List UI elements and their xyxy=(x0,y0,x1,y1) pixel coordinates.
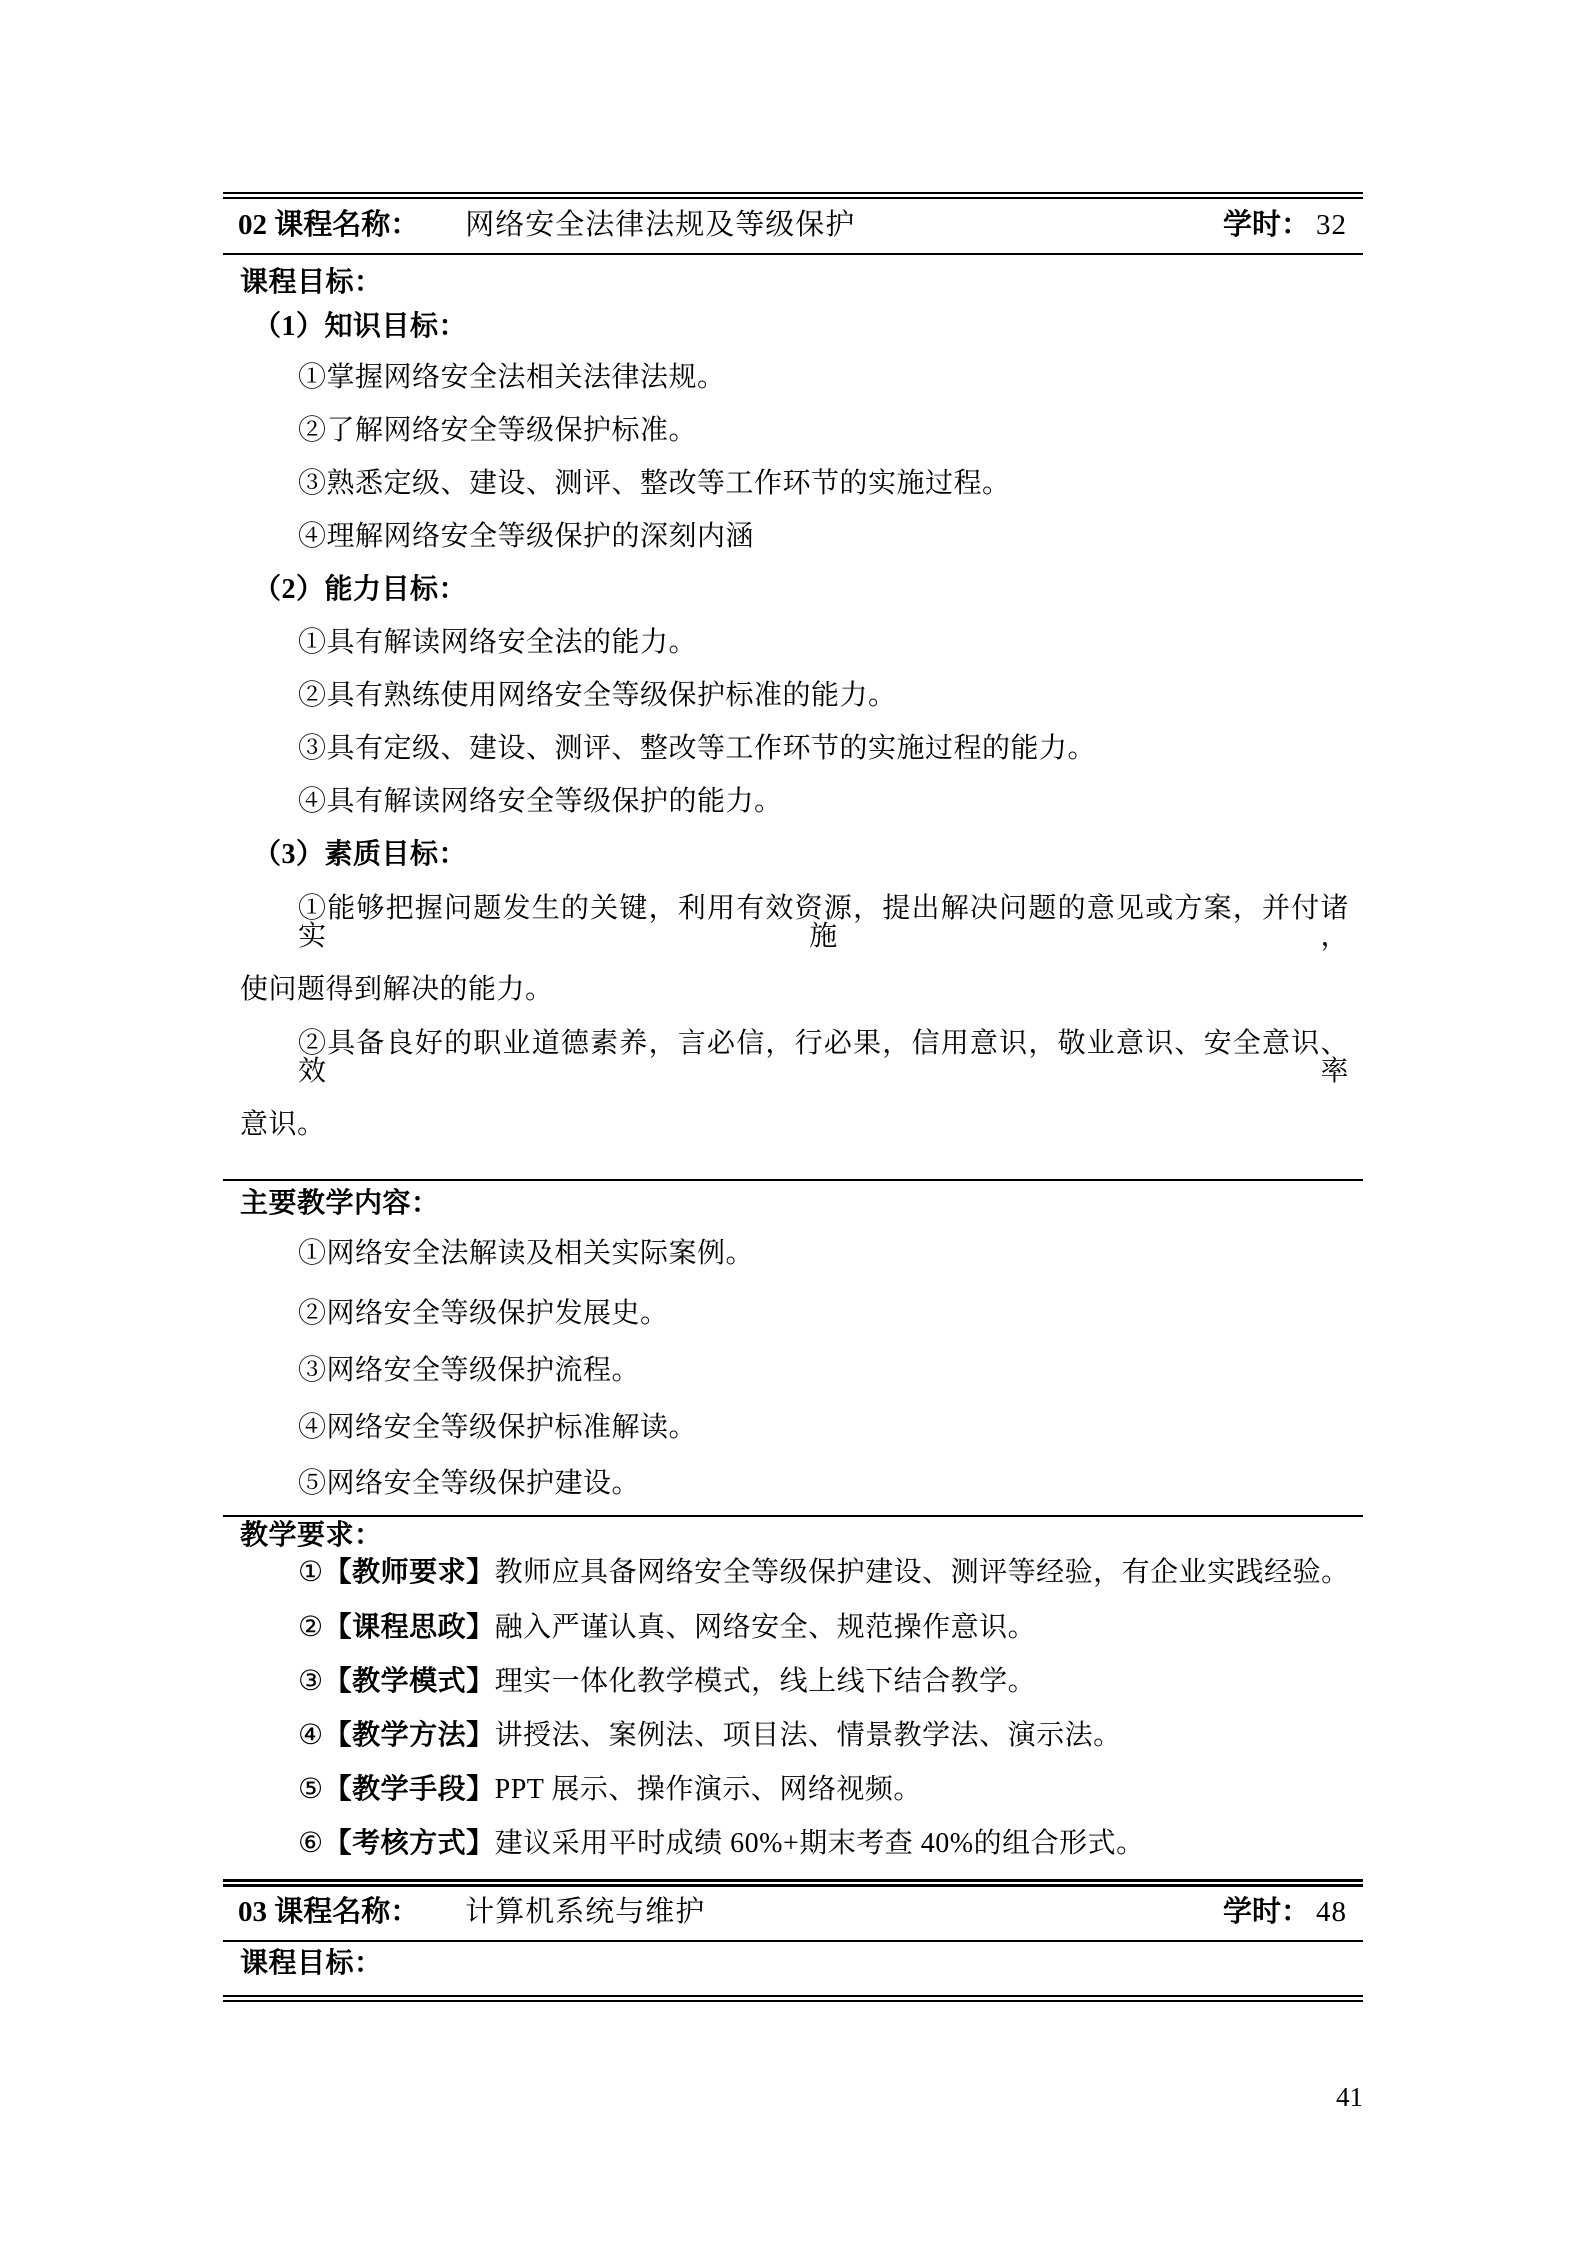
divider-double-top xyxy=(223,1880,1363,1887)
hours-label: 学时： xyxy=(1223,211,1310,240)
knowledge-item: ④理解网络安全等级保护的深刻内涵 xyxy=(298,523,1349,551)
document-page: 02 课程名称： 网络安全法律法规及等级保护 学时： 32 课程目标： （1）知… xyxy=(0,0,1587,2245)
requirement-num: ① xyxy=(298,1557,324,1588)
course-03-block: 03 课程名称： 计算机系统与维护 学时： 48 课程目标： xyxy=(223,1880,1363,2002)
content-item: ④网络安全等级保护标准解读。 xyxy=(298,1414,1349,1442)
knowledge-item: ③熟悉定级、建设、测评、整改等工作环节的实施过程。 xyxy=(298,470,1349,498)
course-02-block: 02 课程名称： 网络安全法律法规及等级保护 学时： 32 课程目标： （1）知… xyxy=(223,192,1363,1886)
ability-item: ③具有定级、建设、测评、整改等工作环节的实施过程的能力。 xyxy=(298,735,1349,763)
requirement-text: 建议采用平时成绩 60%+期末考查 40%的组合形式。 xyxy=(495,1828,1145,1859)
requirement-tag: 【教学模式】 xyxy=(324,1666,495,1697)
divider-double-top xyxy=(223,192,1363,199)
course-02-header-row: 02 课程名称： 网络安全法律法规及等级保护 学时： 32 xyxy=(223,199,1363,253)
requirement-num: ② xyxy=(298,1612,324,1643)
requirement-text: 讲授法、案例法、项目法、情景教学法、演示法。 xyxy=(495,1720,1122,1751)
content-item: ①网络安全法解读及相关实际案例。 xyxy=(298,1240,1349,1268)
quality-item-line: ①能够把握问题发生的关键，利用有效资源，提出解决问题的意见或方案，并付诸实施， xyxy=(298,895,1349,951)
requirement-tag: 【课程思政】 xyxy=(324,1612,495,1643)
requirement-tag: 【教学方法】 xyxy=(324,1720,495,1751)
requirement-num: ④ xyxy=(298,1720,324,1751)
course-03-header-row: 03 课程名称： 计算机系统与维护 学时： 48 xyxy=(223,1887,1363,1940)
divider-double-bottom xyxy=(223,1995,1363,2002)
requirement-text: PPT 展示、操作演示、网络视频。 xyxy=(495,1774,922,1805)
requirement-tag: 【教师要求】 xyxy=(324,1557,495,1588)
requirement-num: ③ xyxy=(298,1666,324,1697)
divider-single xyxy=(223,1515,1363,1517)
ability-item: ①具有解读网络安全法的能力。 xyxy=(298,629,1349,657)
requirement-item: ⑥【考核方式】建议采用平时成绩 60%+期末考查 40%的组合形式。 xyxy=(298,1830,1349,1858)
hours-group: 学时： 32 xyxy=(1223,211,1347,240)
hours-value: 48 xyxy=(1316,1898,1347,1927)
requirement-text: 融入严谨认真、网络安全、规范操作意识。 xyxy=(495,1612,1037,1643)
content-item: ②网络安全等级保护发展史。 xyxy=(298,1300,1349,1328)
requirement-item: ②【课程思政】融入严谨认真、网络安全、规范操作意识。 xyxy=(298,1614,1349,1642)
hours-group: 学时： 48 xyxy=(1223,1898,1347,1927)
course-goals-section: 课程目标： xyxy=(223,1950,1363,1978)
requirement-text: 理实一体化教学模式，线上线下结合教学。 xyxy=(495,1666,1037,1697)
teaching-requirements-section: 教学要求： ①【教师要求】教师应具备网络安全等级保护建设、测评等经验，有企业实践… xyxy=(223,1522,1363,1858)
teaching-content-section: 主要教学内容： ①网络安全法解读及相关实际案例。 ②网络安全等级保护发展史。 ③… xyxy=(223,1190,1363,1498)
quality-item-line: ②具备良好的职业道德素养，言必信，行必果，信用意识，敬业意识、安全意识、效率 xyxy=(298,1030,1349,1086)
requirement-item: ⑤【教学手段】PPT 展示、操作演示、网络视频。 xyxy=(298,1776,1349,1804)
divider-single xyxy=(223,253,1363,255)
ability-title: （2）能力目标： xyxy=(253,576,1349,604)
knowledge-item: ②了解网络安全等级保护标准。 xyxy=(298,417,1349,445)
quality-item-line: 意识。 xyxy=(240,1111,1349,1139)
ability-item: ④具有解读网络安全等级保护的能力。 xyxy=(298,788,1349,816)
requirement-text: 教师应具备网络安全等级保护建设、测评等经验，有企业实践经验。 xyxy=(495,1557,1350,1588)
hours-value: 32 xyxy=(1316,211,1347,240)
requirement-tag: 【教学手段】 xyxy=(324,1774,495,1805)
hours-label: 学时： xyxy=(1223,1898,1310,1927)
course-number-label: 03 课程名称： xyxy=(238,1898,419,1927)
requirement-item: ①【教师要求】教师应具备网络安全等级保护建设、测评等经验，有企业实践经验。 xyxy=(298,1559,1349,1587)
requirement-item: ④【教学方法】讲授法、案例法、项目法、情景教学法、演示法。 xyxy=(298,1722,1349,1750)
requirement-num: ⑤ xyxy=(298,1774,324,1805)
goal-title: 课程目标： xyxy=(240,1950,1349,1978)
knowledge-title: （1）知识目标： xyxy=(253,313,1349,341)
quality-title: （3）素质目标： xyxy=(253,841,1349,869)
requirement-num: ⑥ xyxy=(298,1828,324,1859)
quality-item-line: 使问题得到解决的能力。 xyxy=(240,976,1349,1004)
divider-single xyxy=(223,1940,1363,1942)
course-number-label: 02 课程名称： xyxy=(238,211,419,240)
course-goals-section: 课程目标： （1）知识目标： ①掌握网络安全法相关法律法规。 ②了解网络安全等级… xyxy=(223,269,1363,1139)
content-item: ⑤网络安全等级保护建设。 xyxy=(298,1470,1349,1498)
divider-single xyxy=(223,1179,1363,1181)
requirements-title: 教学要求： xyxy=(240,1522,1349,1550)
content-item: ③网络安全等级保护流程。 xyxy=(298,1357,1349,1385)
requirement-tag: 【考核方式】 xyxy=(324,1828,495,1859)
content-title: 主要教学内容： xyxy=(240,1190,1349,1218)
knowledge-item: ①掌握网络安全法相关法律法规。 xyxy=(298,364,1349,392)
course-name: 网络安全法律法规及等级保护 xyxy=(465,211,855,240)
requirement-item: ③【教学模式】理实一体化教学模式，线上线下结合教学。 xyxy=(298,1668,1349,1696)
course-name: 计算机系统与维护 xyxy=(465,1898,705,1927)
page-number: 41 xyxy=(1336,2082,1363,2112)
goal-title: 课程目标： xyxy=(240,269,1349,297)
ability-item: ②具有熟练使用网络安全等级保护标准的能力。 xyxy=(298,682,1349,710)
